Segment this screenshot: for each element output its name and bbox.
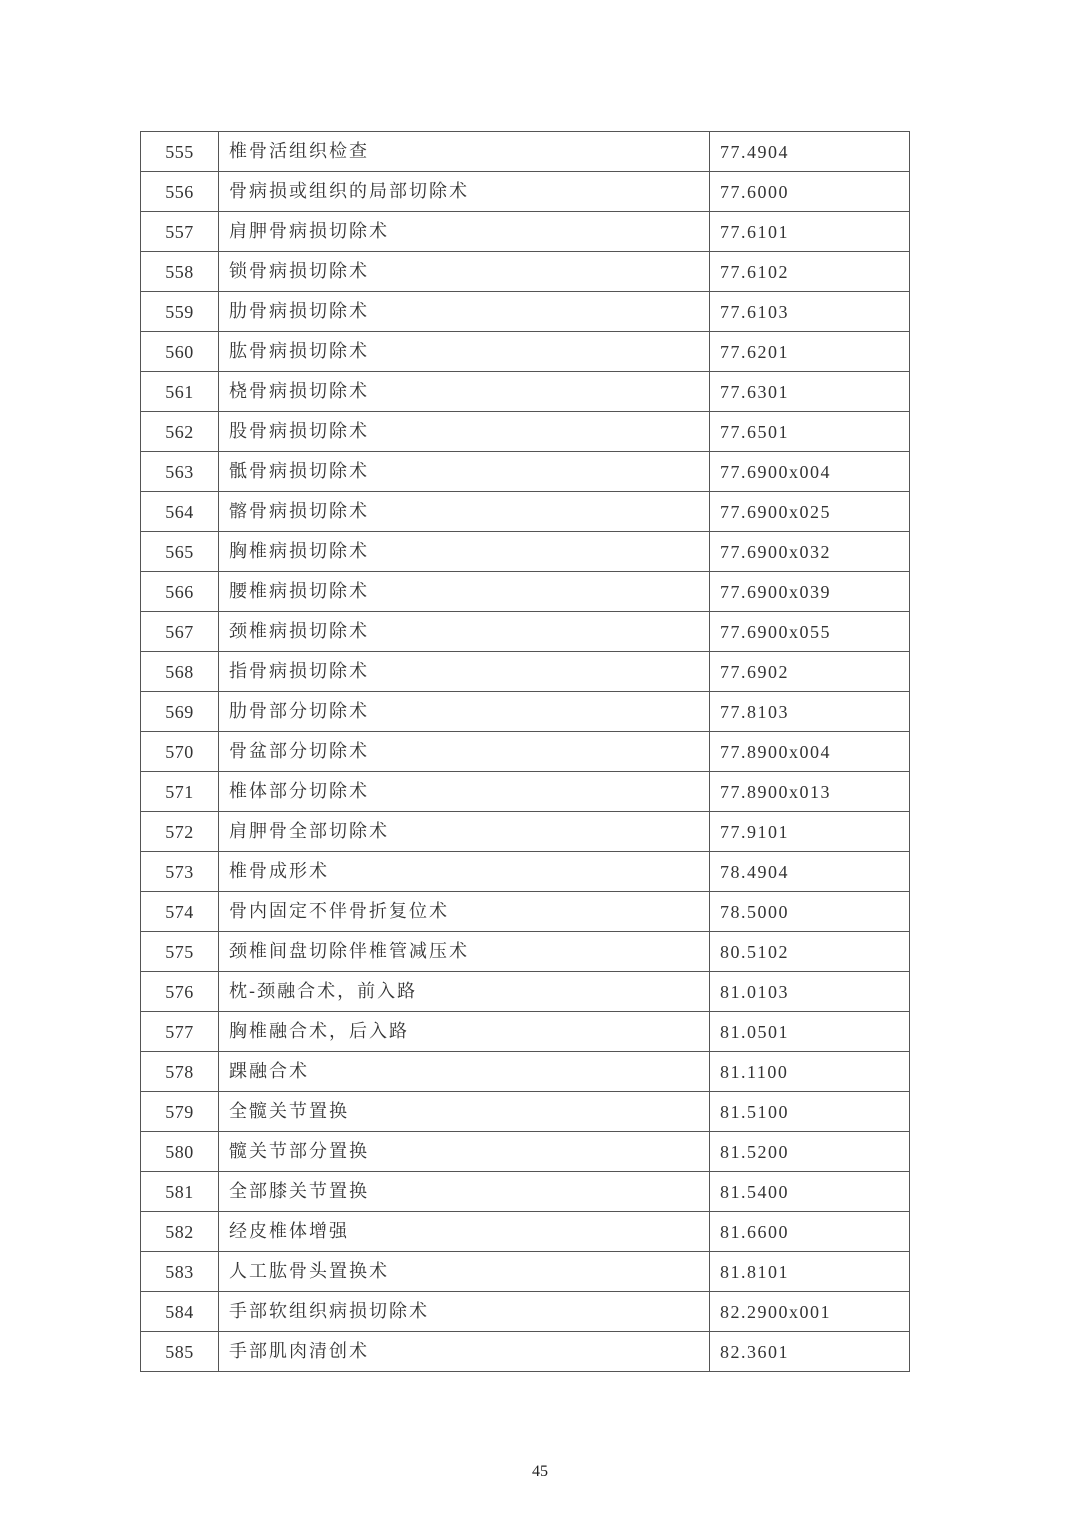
procedure-code-cell: 77.6900x032 <box>710 532 910 572</box>
table-row: 556骨病损或组织的局部切除术77.6000 <box>141 172 910 212</box>
page-number: 45 <box>0 1463 1080 1481</box>
procedure-code-cell: 77.6103 <box>710 292 910 332</box>
procedure-code-cell: 77.6900x039 <box>710 572 910 612</box>
procedure-name-cell: 锁骨病损切除术 <box>219 252 710 292</box>
procedure-name-cell: 经皮椎体增强 <box>219 1212 710 1252</box>
document-page: 555椎骨活组织检查77.4904556骨病损或组织的局部切除术77.60005… <box>0 0 1080 1527</box>
table-row: 572肩胛骨全部切除术77.9101 <box>141 812 910 852</box>
procedure-name-cell: 髋关节部分置换 <box>219 1132 710 1172</box>
table-row: 567颈椎病损切除术77.6900x055 <box>141 612 910 652</box>
table-row: 582经皮椎体增强81.6600 <box>141 1212 910 1252</box>
row-number-cell: 579 <box>141 1092 219 1132</box>
table-row: 563骶骨病损切除术77.6900x004 <box>141 452 910 492</box>
procedure-name-cell: 骨内固定不伴骨折复位术 <box>219 892 710 932</box>
procedure-name-cell: 骶骨病损切除术 <box>219 452 710 492</box>
procedure-name-cell: 全部膝关节置换 <box>219 1172 710 1212</box>
procedure-code-cell: 80.5102 <box>710 932 910 972</box>
procedure-name-cell: 桡骨病损切除术 <box>219 372 710 412</box>
procedure-name-cell: 胸椎病损切除术 <box>219 532 710 572</box>
table-row: 569肋骨部分切除术77.8103 <box>141 692 910 732</box>
row-number-cell: 568 <box>141 652 219 692</box>
procedure-code-cell: 77.8900x013 <box>710 772 910 812</box>
procedure-name-cell: 髂骨病损切除术 <box>219 492 710 532</box>
table-row: 558锁骨病损切除术77.6102 <box>141 252 910 292</box>
row-number-cell: 581 <box>141 1172 219 1212</box>
row-number-cell: 561 <box>141 372 219 412</box>
table-row: 562股骨病损切除术77.6501 <box>141 412 910 452</box>
table-row: 559肋骨病损切除术77.6103 <box>141 292 910 332</box>
row-number-cell: 564 <box>141 492 219 532</box>
procedure-code-cell: 77.6501 <box>710 412 910 452</box>
table-row: 584手部软组织病损切除术82.2900x001 <box>141 1292 910 1332</box>
row-number-cell: 559 <box>141 292 219 332</box>
table-row: 570骨盆部分切除术77.8900x004 <box>141 732 910 772</box>
procedure-code-cell: 81.1100 <box>710 1052 910 1092</box>
row-number-cell: 584 <box>141 1292 219 1332</box>
table-row: 581全部膝关节置换81.5400 <box>141 1172 910 1212</box>
table-row: 575颈椎间盘切除伴椎管减压术80.5102 <box>141 932 910 972</box>
procedure-name-cell: 手部软组织病损切除术 <box>219 1292 710 1332</box>
procedure-name-cell: 股骨病损切除术 <box>219 412 710 452</box>
row-number-cell: 560 <box>141 332 219 372</box>
procedure-code-cell: 81.8101 <box>710 1252 910 1292</box>
procedure-name-cell: 骨病损或组织的局部切除术 <box>219 172 710 212</box>
row-number-cell: 571 <box>141 772 219 812</box>
procedure-name-cell: 踝融合术 <box>219 1052 710 1092</box>
procedure-name-cell: 指骨病损切除术 <box>219 652 710 692</box>
procedure-name-cell: 椎骨活组织检查 <box>219 132 710 172</box>
procedure-code-cell: 77.8900x004 <box>710 732 910 772</box>
row-number-cell: 572 <box>141 812 219 852</box>
table-row: 585手部肌肉清创术82.3601 <box>141 1332 910 1372</box>
row-number-cell: 576 <box>141 972 219 1012</box>
row-number-cell: 573 <box>141 852 219 892</box>
table-row: 578踝融合术81.1100 <box>141 1052 910 1092</box>
procedure-code-cell: 81.5200 <box>710 1132 910 1172</box>
table-body: 555椎骨活组织检查77.4904556骨病损或组织的局部切除术77.60005… <box>141 132 910 1372</box>
row-number-cell: 577 <box>141 1012 219 1052</box>
row-number-cell: 566 <box>141 572 219 612</box>
procedure-name-cell: 腰椎病损切除术 <box>219 572 710 612</box>
procedure-name-cell: 椎体部分切除术 <box>219 772 710 812</box>
procedure-name-cell: 肩胛骨全部切除术 <box>219 812 710 852</box>
table-row: 561桡骨病损切除术77.6301 <box>141 372 910 412</box>
row-number-cell: 557 <box>141 212 219 252</box>
row-number-cell: 565 <box>141 532 219 572</box>
table-row: 579全髋关节置换81.5100 <box>141 1092 910 1132</box>
row-number-cell: 569 <box>141 692 219 732</box>
row-number-cell: 563 <box>141 452 219 492</box>
procedure-code-cell: 77.6900x004 <box>710 452 910 492</box>
table-row: 557肩胛骨病损切除术77.6101 <box>141 212 910 252</box>
procedure-code-cell: 77.6201 <box>710 332 910 372</box>
row-number-cell: 578 <box>141 1052 219 1092</box>
row-number-cell: 556 <box>141 172 219 212</box>
procedure-name-cell: 颈椎病损切除术 <box>219 612 710 652</box>
procedure-name-cell: 椎骨成形术 <box>219 852 710 892</box>
table-row: 573椎骨成形术78.4904 <box>141 852 910 892</box>
procedure-name-cell: 肋骨部分切除术 <box>219 692 710 732</box>
procedure-name-cell: 肋骨病损切除术 <box>219 292 710 332</box>
procedure-code-table: 555椎骨活组织检查77.4904556骨病损或组织的局部切除术77.60005… <box>140 131 910 1372</box>
table-row: 568指骨病损切除术77.6902 <box>141 652 910 692</box>
procedure-name-cell: 肩胛骨病损切除术 <box>219 212 710 252</box>
row-number-cell: 574 <box>141 892 219 932</box>
row-number-cell: 575 <box>141 932 219 972</box>
procedure-name-cell: 骨盆部分切除术 <box>219 732 710 772</box>
procedure-code-cell: 77.6900x025 <box>710 492 910 532</box>
procedure-code-cell: 77.6000 <box>710 172 910 212</box>
procedure-code-cell: 77.9101 <box>710 812 910 852</box>
procedure-code-cell: 77.8103 <box>710 692 910 732</box>
procedure-code-cell: 77.6902 <box>710 652 910 692</box>
procedure-code-cell: 81.0103 <box>710 972 910 1012</box>
procedure-code-cell: 77.6101 <box>710 212 910 252</box>
table-row: 555椎骨活组织检查77.4904 <box>141 132 910 172</box>
table-row: 566腰椎病损切除术77.6900x039 <box>141 572 910 612</box>
procedure-code-cell: 77.4904 <box>710 132 910 172</box>
row-number-cell: 582 <box>141 1212 219 1252</box>
procedure-code-cell: 81.5100 <box>710 1092 910 1132</box>
procedure-code-cell: 81.0501 <box>710 1012 910 1052</box>
procedure-name-cell: 胸椎融合术，后入路 <box>219 1012 710 1052</box>
procedure-code-cell: 82.3601 <box>710 1332 910 1372</box>
row-number-cell: 585 <box>141 1332 219 1372</box>
procedure-code-cell: 77.6900x055 <box>710 612 910 652</box>
table-row: 577胸椎融合术，后入路81.0501 <box>141 1012 910 1052</box>
procedure-name-cell: 人工肱骨头置换术 <box>219 1252 710 1292</box>
table-row: 580髋关节部分置换81.5200 <box>141 1132 910 1172</box>
procedure-code-cell: 82.2900x001 <box>710 1292 910 1332</box>
procedure-code-cell: 81.5400 <box>710 1172 910 1212</box>
table-row: 576枕-颈融合术，前入路81.0103 <box>141 972 910 1012</box>
row-number-cell: 562 <box>141 412 219 452</box>
table-row: 574骨内固定不伴骨折复位术78.5000 <box>141 892 910 932</box>
row-number-cell: 583 <box>141 1252 219 1292</box>
table-row: 583人工肱骨头置换术81.8101 <box>141 1252 910 1292</box>
procedure-code-cell: 78.5000 <box>710 892 910 932</box>
table-row: 564髂骨病损切除术77.6900x025 <box>141 492 910 532</box>
row-number-cell: 558 <box>141 252 219 292</box>
row-number-cell: 570 <box>141 732 219 772</box>
procedure-name-cell: 枕-颈融合术，前入路 <box>219 972 710 1012</box>
procedure-name-cell: 全髋关节置换 <box>219 1092 710 1132</box>
table-row: 571椎体部分切除术77.8900x013 <box>141 772 910 812</box>
procedure-code-cell: 77.6102 <box>710 252 910 292</box>
table-row: 560肱骨病损切除术77.6201 <box>141 332 910 372</box>
procedure-code-cell: 77.6301 <box>710 372 910 412</box>
row-number-cell: 567 <box>141 612 219 652</box>
procedure-code-cell: 78.4904 <box>710 852 910 892</box>
row-number-cell: 555 <box>141 132 219 172</box>
table-row: 565胸椎病损切除术77.6900x032 <box>141 532 910 572</box>
procedure-name-cell: 肱骨病损切除术 <box>219 332 710 372</box>
row-number-cell: 580 <box>141 1132 219 1172</box>
procedure-name-cell: 手部肌肉清创术 <box>219 1332 710 1372</box>
procedure-code-cell: 81.6600 <box>710 1212 910 1252</box>
procedure-name-cell: 颈椎间盘切除伴椎管减压术 <box>219 932 710 972</box>
